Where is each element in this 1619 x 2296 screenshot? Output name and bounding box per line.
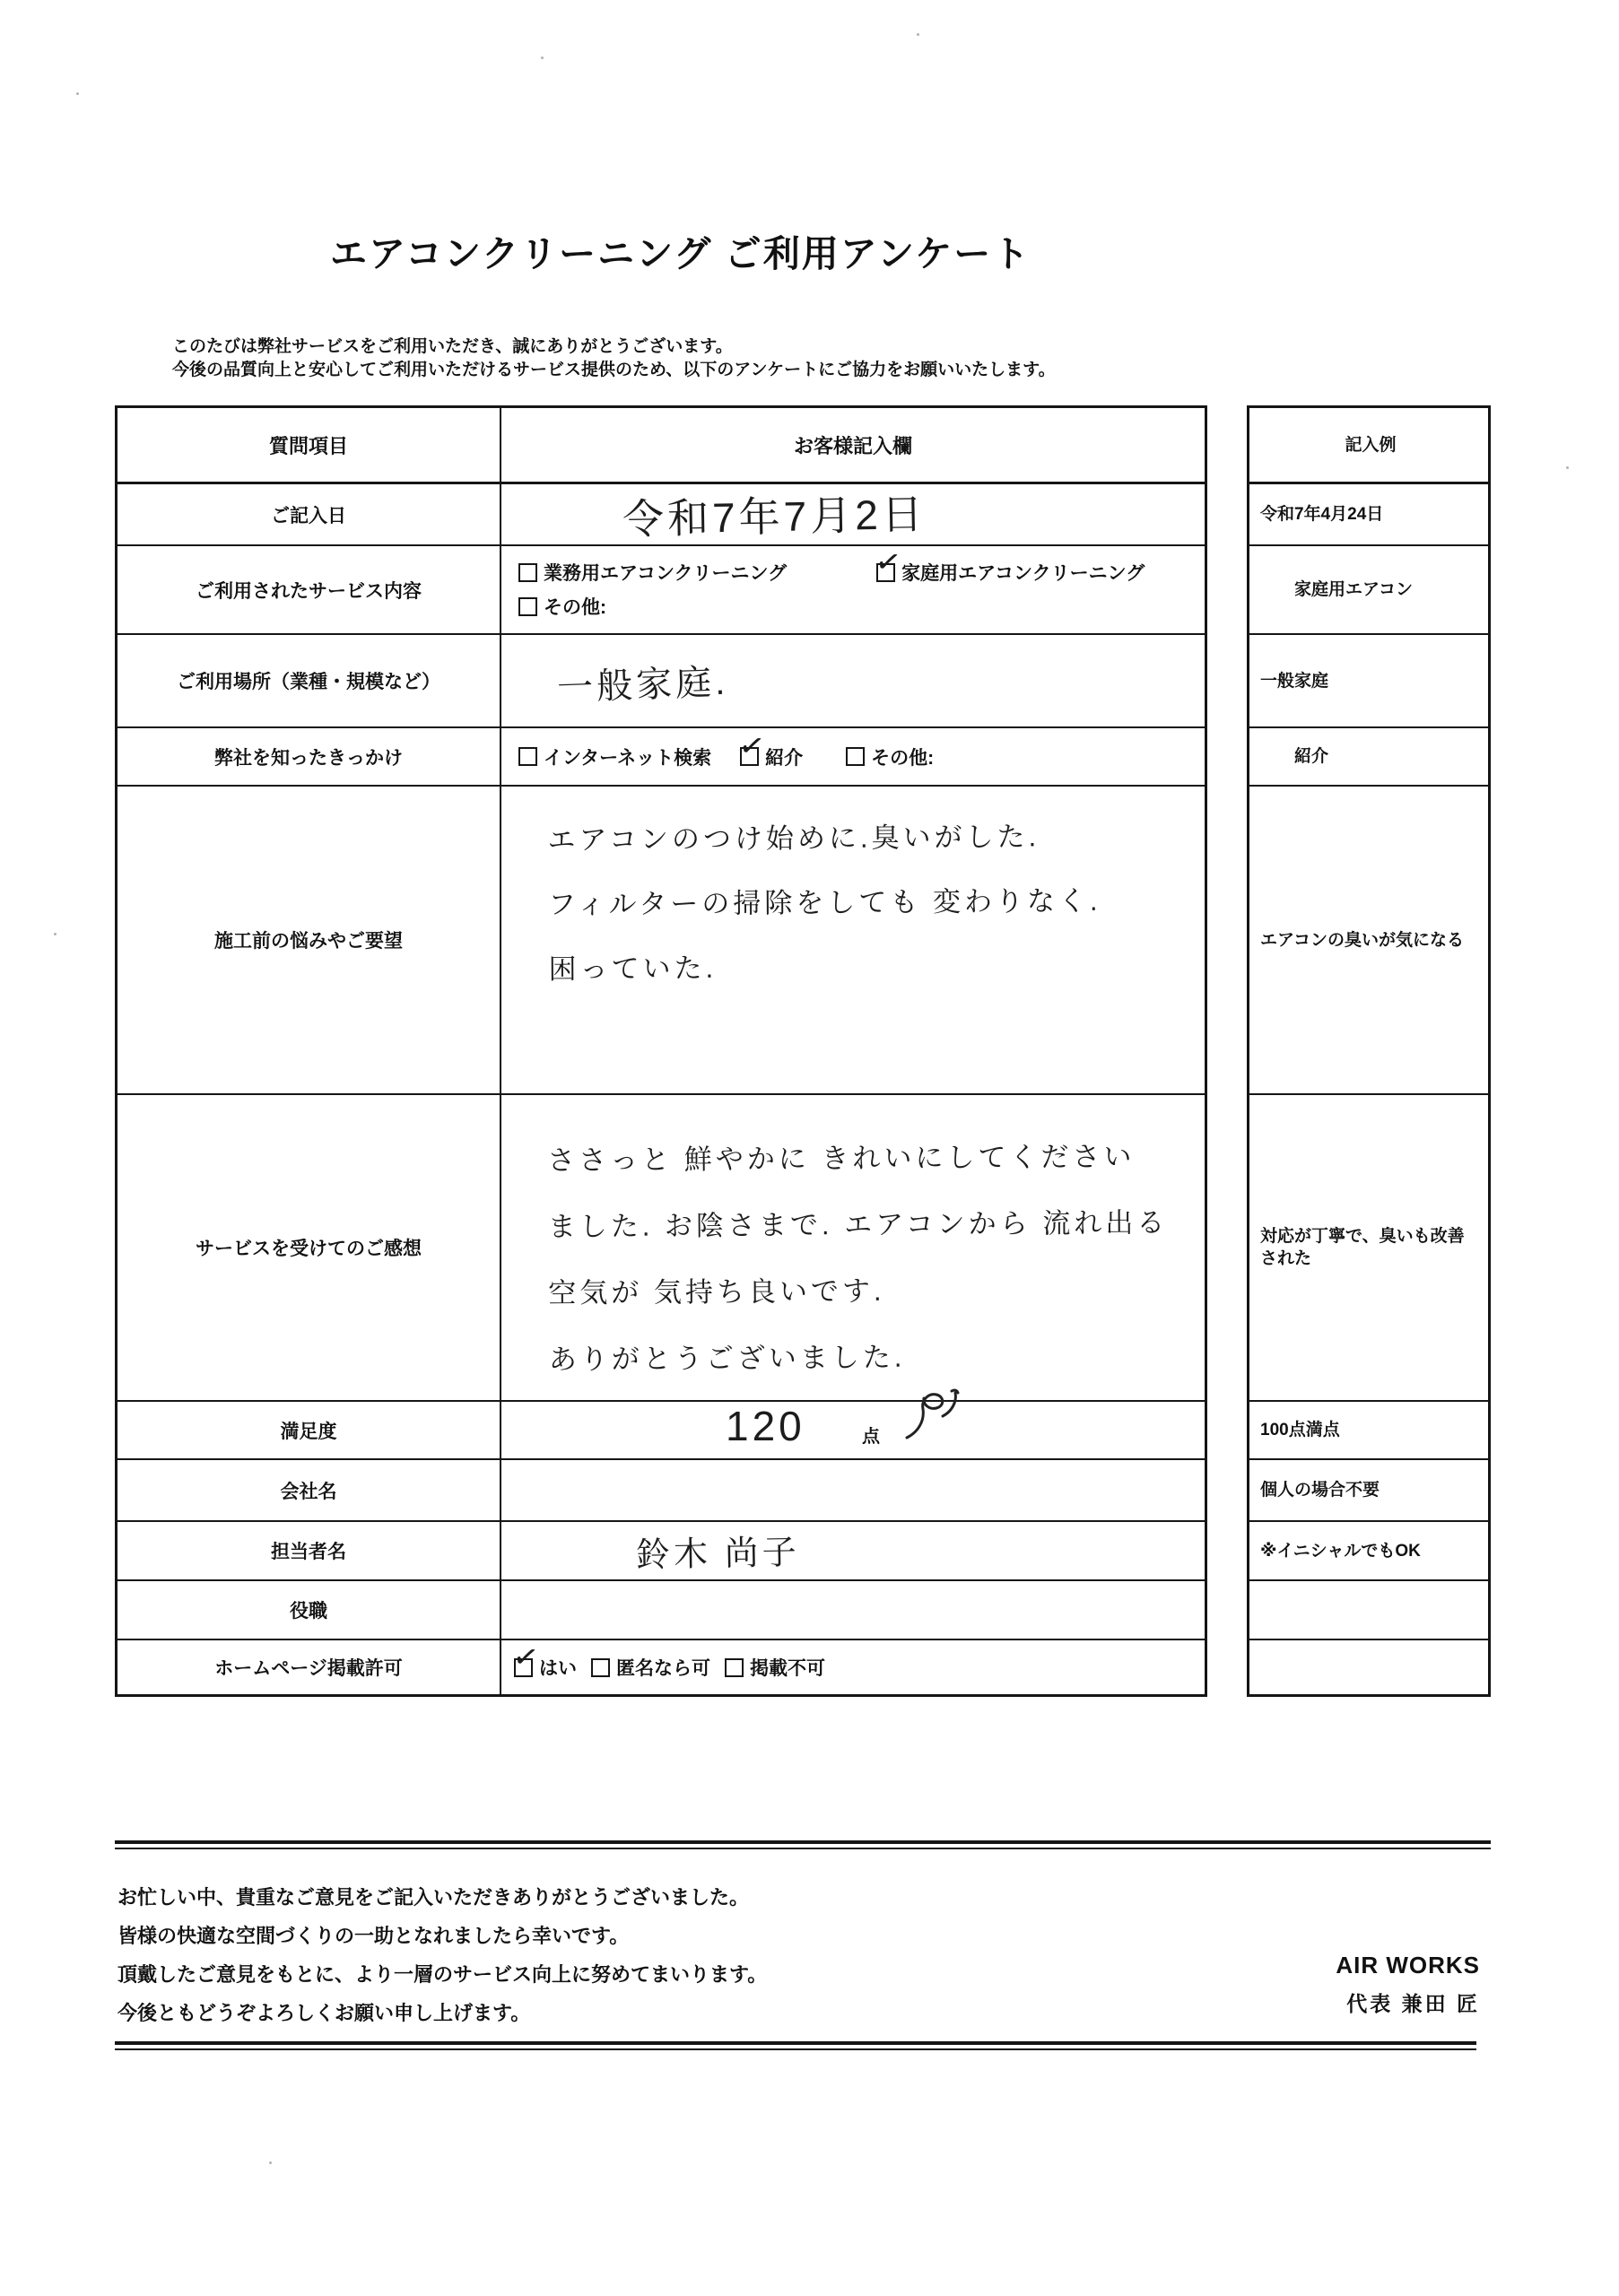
score-unit-label: 点	[862, 1422, 880, 1448]
header-question: 質問項目	[118, 408, 501, 482]
option-referral: ✓ 紹介	[740, 744, 803, 770]
option-permission-anonymous: 匿名なら可	[591, 1654, 710, 1681]
scan-speck	[541, 57, 544, 59]
example-row	[1249, 1579, 1488, 1639]
row-label: ご利用されたサービス内容	[118, 546, 501, 633]
row-concerns: 施工前の悩みやご要望 エアコンのつけ始めに.臭いがした. フィルターの掃除をして…	[118, 785, 1205, 1093]
intro-text: このたびは弊社サービスをご利用いただき、誠にありがとうございます。 今後の品質向…	[172, 335, 1056, 382]
checkbox-permission-anonymous[interactable]	[591, 1658, 610, 1677]
row-label: ご利用場所（業種・規模など）	[118, 635, 501, 726]
row-label: 会社名	[118, 1460, 501, 1520]
checkbox-known-other[interactable]	[846, 747, 865, 766]
row-label: 満足度	[118, 1402, 501, 1458]
example-header-row: 記入例	[1249, 408, 1488, 482]
header-customer-entry: お客様記入欄	[501, 408, 1205, 482]
handwritten-concerns: エアコンのつけ始めに.臭いがした. フィルターの掃除をしても 変わりなく. 困っ…	[547, 804, 1101, 1002]
impressions-field[interactable]: ささっと 鮮やかに きれいにしてください ました. お陰さまで. エアコンから …	[501, 1095, 1205, 1400]
table-header-row: 質問項目 お客様記入欄	[118, 408, 1205, 482]
option-internet-search: インターネット検索	[518, 744, 711, 770]
example-row: 一般家庭	[1249, 633, 1488, 726]
example-company: 個人の場合不要	[1249, 1460, 1488, 1520]
survey-table: 質問項目 お客様記入欄 ご記入日 令和7年7月2日 ご利用されたサービス内容	[115, 405, 1207, 1697]
footer-line-1: お忙しい中、貴重なご意見をご記入いただきありがとうございました。	[118, 1878, 767, 1917]
checkbox-business-cleaning[interactable]	[518, 563, 537, 582]
usage-place-field[interactable]: 一般家庭.	[501, 635, 1205, 726]
example-satisfaction: 100点満点	[1249, 1402, 1488, 1458]
row-label: ご記入日	[118, 484, 501, 544]
row-impressions: サービスを受けてのご感想 ささっと 鮮やかに きれいにしてください ました. お…	[118, 1093, 1205, 1400]
option-permission-no: 掲載不可	[725, 1654, 825, 1681]
page-title: エアコンクリーニング ご利用アンケート	[330, 224, 1031, 277]
company-name-field[interactable]	[501, 1460, 1205, 1520]
row-satisfaction: 満足度 120 点	[118, 1400, 1205, 1458]
row-contact-person: 担当者名 鈴木 尚子	[118, 1520, 1205, 1579]
company-name: AIR WORKS	[1292, 1952, 1480, 1979]
intro-line-2: 今後の品質向上と安心してご利用いただけるサービス提供のため、以下のアンケートにご…	[172, 359, 1056, 382]
example-impressions: 対応が丁寧で、臭いも改善された	[1249, 1095, 1488, 1400]
example-row: ※イニシャルでもOK	[1249, 1520, 1488, 1579]
job-title-field[interactable]	[501, 1581, 1205, 1639]
row-usage-place: ご利用場所（業種・規模など） 一般家庭.	[118, 633, 1205, 726]
entry-date-field[interactable]: 令和7年7月2日	[501, 484, 1205, 544]
example-table: 記入例 令和7年4月24日 家庭用エアコン 一般家庭 紹介 エアコンの臭いが気に…	[1247, 405, 1491, 1697]
example-row: 個人の場合不要	[1249, 1458, 1488, 1520]
scan-speck	[1566, 466, 1569, 469]
row-entry-date: ご記入日 令和7年7月2日	[118, 482, 1205, 544]
row-label: 施工前の悩みやご要望	[118, 787, 501, 1093]
row-label: 役職	[118, 1581, 501, 1639]
divider-rule-top	[115, 1840, 1491, 1849]
scan-speck	[76, 92, 79, 95]
option-known-other: その他:	[846, 744, 934, 770]
option-permission-yes: ✓ はい	[514, 1654, 577, 1681]
example-job-title	[1249, 1581, 1488, 1639]
handwritten-date: 令和7年7月2日	[622, 482, 927, 546]
intro-line-1: このたびは弊社サービスをご利用いただき、誠にありがとうございます。	[172, 335, 1056, 359]
example-permission	[1249, 1640, 1488, 1694]
header-example: 記入例	[1249, 408, 1488, 482]
example-concerns: エアコンの臭いが気になる	[1249, 787, 1488, 1093]
example-service: 家庭用エアコン	[1249, 546, 1488, 633]
row-label: サービスを受けてのご感想	[118, 1095, 501, 1400]
scan-speck	[917, 33, 919, 36]
row-company-name: 会社名	[118, 1458, 1205, 1520]
row-label: 担当者名	[118, 1522, 501, 1579]
row-service-type: ご利用されたサービス内容 業務用エアコンクリーニング ✓ 家庭用エアコンクリーニ…	[118, 544, 1205, 633]
checkbox-referral[interactable]: ✓	[740, 747, 759, 766]
footer-line-2: 皆様の快適な空間づくりの一助となれましたら幸いです。	[118, 1917, 767, 1955]
scan-speck	[269, 2161, 272, 2164]
handwritten-place: 一般家庭.	[556, 654, 729, 711]
example-place: 一般家庭	[1249, 635, 1488, 726]
checkbox-permission-no[interactable]	[725, 1658, 744, 1677]
check-mark-icon: ✓	[873, 544, 903, 578]
how-known-options: インターネット検索 ✓ 紹介 その他:	[501, 728, 1205, 785]
footer-message: お忙しい中、貴重なご意見をご記入いただきありがとうございました。 皆様の快適な空…	[118, 1878, 767, 2032]
handwritten-impressions: ささっと 鮮やかに きれいにしてください ました. お陰さまで. エアコンから …	[547, 1124, 1170, 1394]
handwritten-name: 鈴木 尚子	[636, 1524, 800, 1576]
footer-line-3: 頂戴したご意見をもとに、より一層のサービス向上に努めてまいります。	[118, 1955, 767, 1994]
contact-person-field[interactable]: 鈴木 尚子	[501, 1522, 1205, 1579]
example-row: エアコンの臭いが気になる	[1249, 785, 1488, 1093]
option-service-other: その他:	[518, 593, 606, 620]
company-signature: AIR WORKS 代表 兼田 匠	[1292, 1952, 1480, 2017]
handwritten-score: 120	[726, 1402, 805, 1450]
row-label: ホームページ掲載許可	[118, 1640, 501, 1694]
example-row: 対応が丁寧で、臭いも改善された	[1249, 1093, 1488, 1400]
divider-rule-bottom	[115, 2041, 1476, 2050]
example-how-known: 紹介	[1249, 728, 1488, 785]
row-job-title: 役職	[118, 1579, 1205, 1639]
scan-speck	[54, 933, 57, 935]
scanned-survey-form: エアコンクリーニング ご利用アンケート このたびは弊社サービスをご利用いただき、…	[0, 0, 1619, 2296]
option-business-cleaning: 業務用エアコンクリーニング	[518, 559, 787, 586]
row-how-known: 弊社を知ったきっかけ インターネット検索 ✓ 紹介	[118, 726, 1205, 785]
checkbox-service-other[interactable]	[518, 597, 537, 616]
checkbox-household-cleaning[interactable]: ✓	[876, 563, 895, 582]
doodle-sketch	[898, 1382, 970, 1449]
example-date: 令和7年4月24日	[1249, 484, 1488, 544]
homepage-permission-options: ✓ はい 匿名なら可 掲載不可	[501, 1640, 1205, 1694]
check-mark-icon: ✓	[510, 1639, 541, 1674]
example-row: 令和7年4月24日	[1249, 482, 1488, 544]
service-type-options: 業務用エアコンクリーニング ✓ 家庭用エアコンクリーニング その他:	[501, 546, 1205, 633]
company-representative: 代表 兼田 匠	[1292, 1987, 1480, 2017]
footer-line-4: 今後ともどうぞよろしくお願い申し上げます。	[118, 1994, 767, 2032]
row-homepage-permission: ホームページ掲載許可 ✓ はい 匿名なら可	[118, 1639, 1205, 1694]
checkbox-internet-search[interactable]	[518, 747, 537, 766]
checkbox-permission-yes[interactable]: ✓	[514, 1658, 533, 1677]
example-row: 家庭用エアコン	[1249, 544, 1488, 633]
check-mark-icon: ✓	[736, 729, 767, 763]
concerns-field[interactable]: エアコンのつけ始めに.臭いがした. フィルターの掃除をしても 変わりなく. 困っ…	[501, 787, 1205, 1093]
example-contact: ※イニシャルでもOK	[1249, 1522, 1488, 1579]
option-household-cleaning: ✓ 家庭用エアコンクリーニング	[876, 559, 1145, 586]
example-row: 100点満点	[1249, 1400, 1488, 1458]
example-row	[1249, 1639, 1488, 1694]
satisfaction-field[interactable]: 120 点	[501, 1402, 1205, 1458]
example-row: 紹介	[1249, 726, 1488, 785]
row-label: 弊社を知ったきっかけ	[118, 728, 501, 785]
